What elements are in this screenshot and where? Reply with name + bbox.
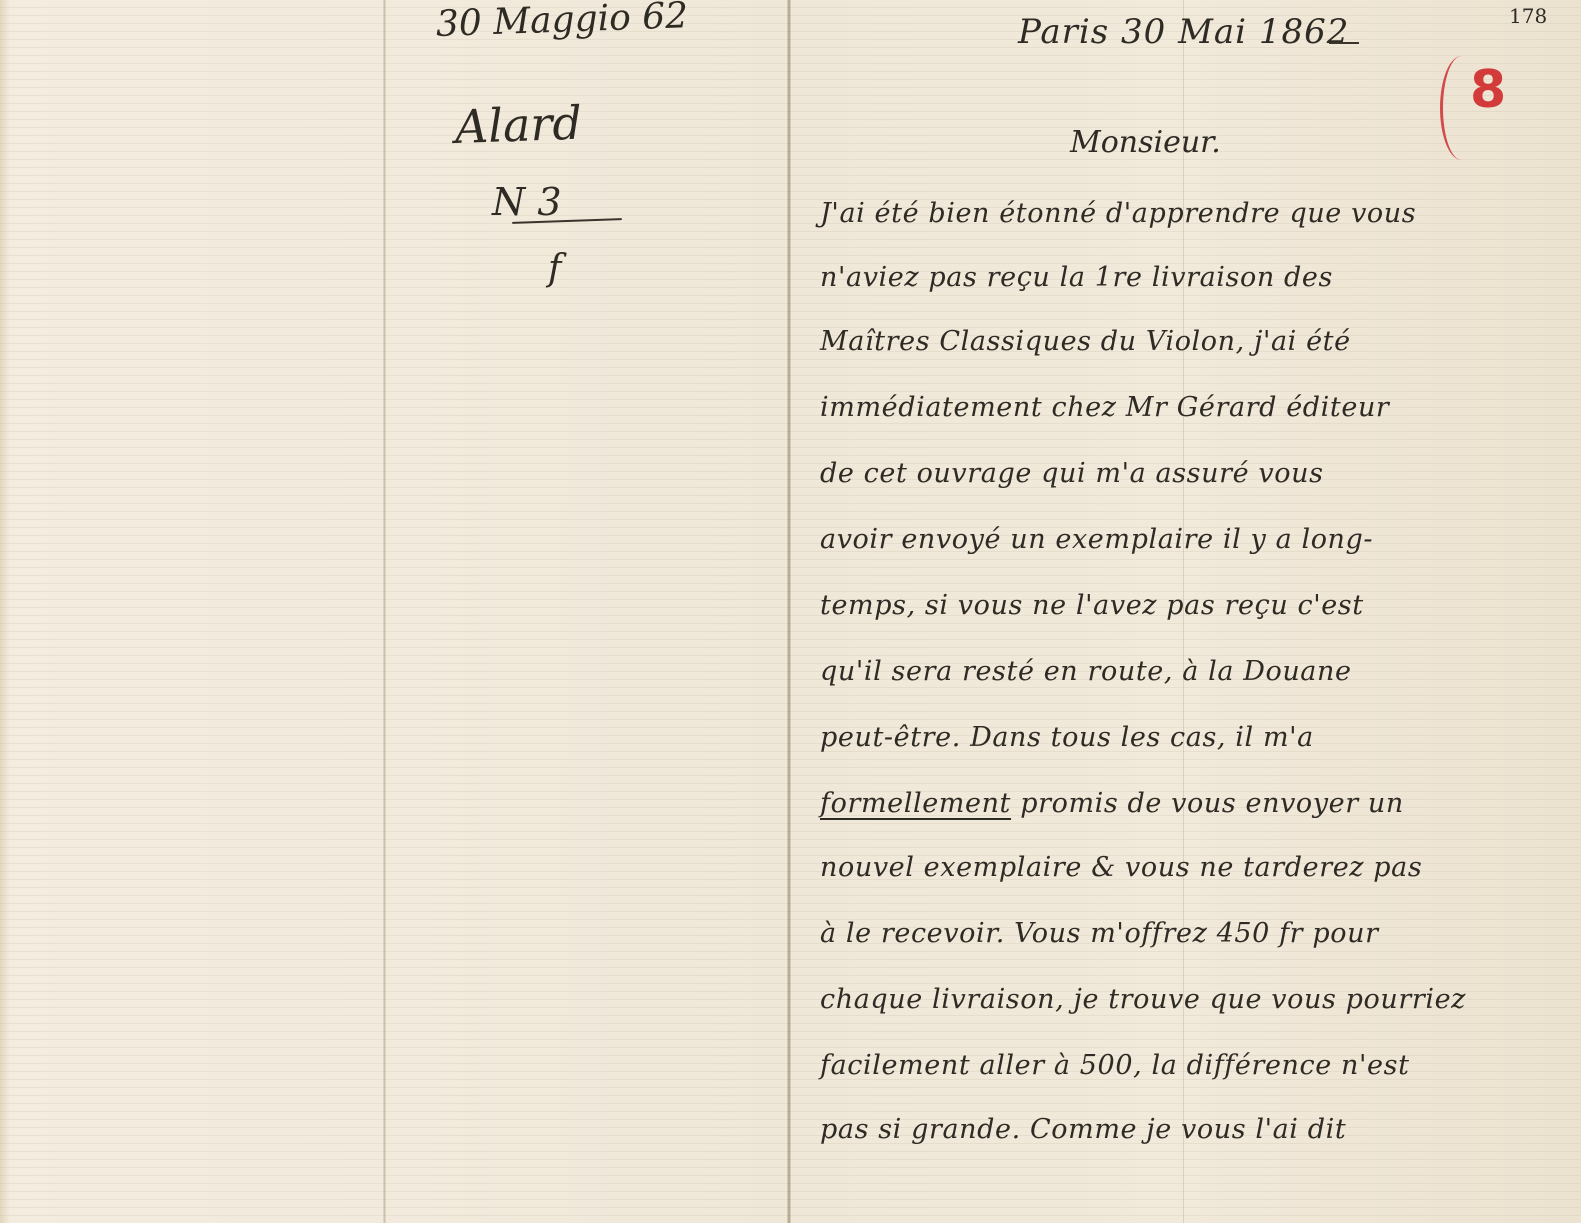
body-line: immédiatement chez Mr Gérard éditeur bbox=[820, 392, 1389, 423]
letter-place-date: Paris 30 Mai 1862 bbox=[1018, 12, 1349, 52]
body-line: Maîtres Classiques du Violon, j'ai été bbox=[820, 326, 1351, 357]
red-folio-number: 8 bbox=[1470, 60, 1506, 120]
body-line: chaque livraison, je trouve que vous pou… bbox=[820, 984, 1466, 1015]
body-line: n'aviez pas reçu la 1re livraison des bbox=[820, 262, 1333, 293]
body-line: avoir envoyé un exemplaire il y a long- bbox=[820, 524, 1373, 555]
red-annotation: 8 bbox=[1440, 50, 1520, 160]
docket-number: N 3 bbox=[492, 180, 562, 224]
body-line: de cet ouvrage qui m'a assuré vous bbox=[820, 458, 1324, 489]
body-line: peut-être. Dans tous les cas, il m'a bbox=[820, 722, 1314, 753]
body-line: à le recevoir. Vous m'offrez 450 fr pour bbox=[820, 918, 1379, 949]
body-line: nouvel exemplaire & vous ne tarderez pas bbox=[820, 852, 1422, 883]
body-line: facilement aller à 500, la différence n'… bbox=[820, 1050, 1410, 1081]
docket-name: Alard bbox=[454, 96, 583, 154]
fold-line-center bbox=[787, 0, 791, 1223]
body-line: pas si grande. Comme je vous l'ai dit bbox=[820, 1114, 1346, 1145]
letter-sheet: 30 Maggio 62 Alard N 3 f Paris 30 Mai 18… bbox=[0, 0, 1581, 1223]
body-line: J'ai été bien étonné d'apprendre que vou… bbox=[820, 198, 1416, 229]
body-line: formellement promis de vous envoyer un bbox=[820, 788, 1404, 819]
fold-line-left bbox=[383, 0, 386, 1223]
body-line: temps, si vous ne l'avez pas reçu c'est bbox=[820, 590, 1364, 621]
docket-date: 30 Maggio 62 bbox=[435, 0, 688, 45]
salutation: Monsieur. bbox=[1070, 125, 1221, 160]
docket-mark: f bbox=[548, 248, 561, 289]
paper-edge-stain bbox=[0, 0, 10, 1223]
body-line: qu'il sera resté en route, à la Douane bbox=[820, 656, 1352, 687]
archive-number: 178 bbox=[1509, 4, 1547, 28]
underlined-word: formellement bbox=[820, 788, 1011, 819]
